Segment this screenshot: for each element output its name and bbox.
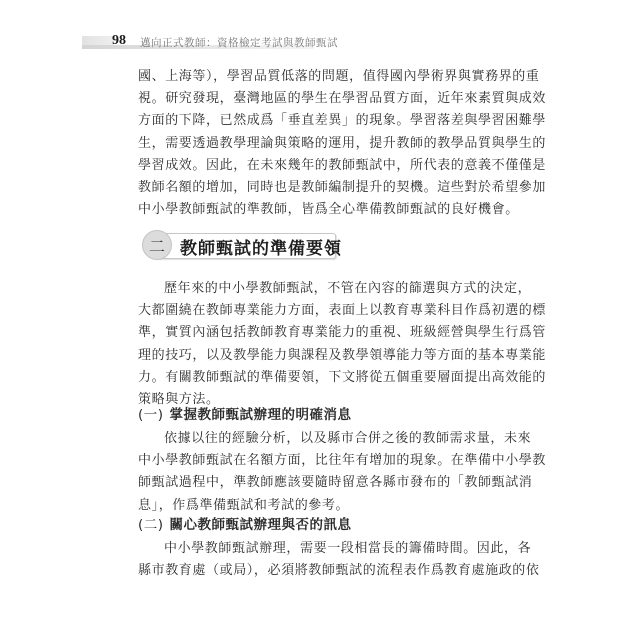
text-line: 縣市教育處（或局），必須將教師甄試的流程表作爲教育處施政的依 [138,560,513,582]
subsection-2-paragraph: 中小學教師甄試辦理，需要一段相當長的籌備時間。因此，各 縣市教育處（或局），必須… [138,538,513,582]
subheading-2: (二)關心教師甄試辦理與否的訊息 [138,513,352,533]
subheading-number: (二) [138,517,164,533]
text-line: 生，需要透過教學理論與策略的運用，提升教師的教學品質與學生的 [138,133,513,155]
text-line: 方面的下降，已然成爲「垂直差異」的現象。學習落差與學習困難學 [138,110,513,132]
subheading-1: (一)掌握教師甄試辦理的明確消息 [138,403,352,423]
subsection-1-paragraph: 依據以往的經驗分析，以及縣市合併之後的教師需求量，未來 中小學教師甄試在名額方面… [138,428,513,517]
subheading-title: 掌握教師甄試辦理的明確消息 [170,407,352,423]
text-line: 歷年來的中小學教師甄試，不管在內容的篩選與方式的決定， [138,278,513,300]
page-number: 98 [112,33,126,49]
text-line: 中小學教師甄試的準教師，皆爲全心準備教師甄試的良好機會。 [138,199,513,221]
section-number-badge: 二 [142,230,172,260]
text-line: 教師名額的增加，同時也是教師編制提升的契機。這些對於希望參加 [138,177,513,199]
text-line: 大都圍繞在教師專業能力方面，表面上以教育專業科目作爲初選的標 [138,300,513,322]
running-header: 98 邁向正式教師：資格檢定考試與教師甄試 [82,33,314,51]
section-title: 教師甄試的準備要領 [180,234,342,259]
section-paragraph: 歷年來的中小學教師甄試，不管在內容的篩選與方式的決定， 大都圍繞在教師專業能力方… [138,278,513,411]
text-line: 力。有關教師甄試的準備要領，下文將從五個重要層面提出高效能的 [138,367,513,389]
subheading-title: 關心教師甄試辦理與否的訊息 [170,517,352,533]
section-heading: 二 教師甄試的準備要領 [142,230,336,260]
section-number: 二 [149,234,165,257]
text-line: 視。研究發現，臺灣地區的學生在學習品質方面，近年來素質與成效 [138,88,513,110]
subheading-number: (一) [138,407,164,423]
text-line: 中小學教師甄試辦理，需要一段相當長的籌備時間。因此，各 [138,538,513,560]
text-line: 準，實質內涵包括教師教育專業能力的重視、班級經營與學生行爲管 [138,322,513,344]
text-line: 依據以往的經驗分析，以及縣市合併之後的教師需求量，未來 [138,428,513,450]
text-line: 師甄試過程中，準教師應該要隨時留意各縣市發布的「教師甄試消 [138,472,513,494]
text-line: 理的技巧，以及教學能力與課程及教學領導能力等方面的基本專業能 [138,345,513,367]
running-title: 邁向正式教師：資格檢定考試與教師甄試 [140,35,338,50]
intro-paragraph: 國、上海等），學習品質低落的問題，值得國內學術界與實務界的重 視。研究發現，臺灣… [138,66,513,221]
text-line: 國、上海等），學習品質低落的問題，值得國內學術界與實務界的重 [138,66,513,88]
text-line: 中小學教師甄試在名額方面，比往年有增加的現象。在準備中小學教 [138,450,513,472]
text-line: 學習成效。因此，在未來幾年的教師甄試中，所代表的意義不僅僅是 [138,155,513,177]
